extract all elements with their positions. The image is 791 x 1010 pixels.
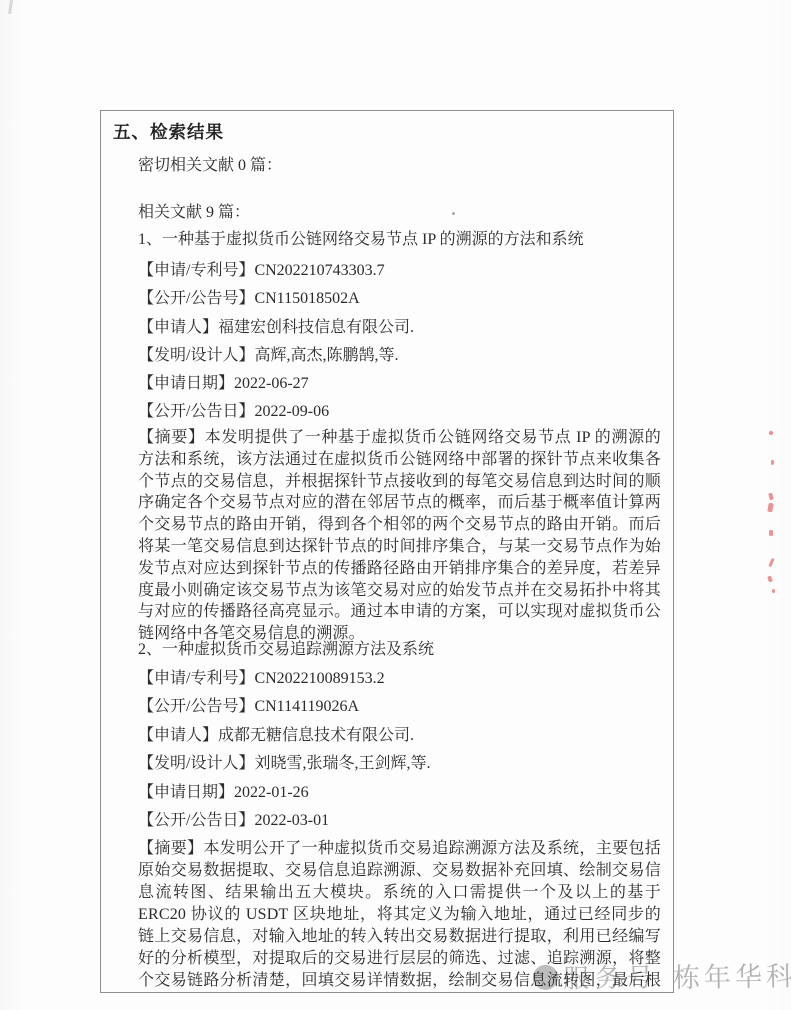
red-edge-mark [767, 503, 773, 513]
record-2-fields: 【申请/专利号】CN202210089153.2 【公开/公告号】CN11411… [138, 665, 430, 835]
record-1-inventors: 【发明/设计人】高辉,高杰,陈鹏鹄,等. [138, 342, 414, 370]
record-1-fields: 【申请/专利号】CN202210743303.7 【公开/公告号】CN11501… [138, 257, 414, 427]
red-edge-mark [768, 493, 774, 501]
record-2-inventors: 【发明/设计人】刘晓雪,张瑞冬,王剑辉,等. [138, 750, 430, 778]
related-count: 相关文献 9 篇： [138, 202, 250, 224]
red-edge-mark [768, 558, 775, 567]
record-2-application-number: 【申请/专利号】CN202210089153.2 [138, 665, 430, 693]
record-2-applicant: 【申请人】成都无糖信息技术有限公司. [138, 722, 430, 750]
record-1-application-number: 【申请/专利号】CN202210743303.7 [138, 257, 414, 285]
record-1-application-date: 【申请日期】2022-06-27 [138, 370, 414, 398]
record-2-publication-date: 【公开/公告日】2022-03-01 [138, 807, 430, 835]
record-1-publication-number: 【公开/公告号】CN115018502A [138, 285, 414, 313]
record-2-title: 2、一种虚拟货币交易追踪溯源方法及系统 [138, 639, 434, 661]
scanned-page: 服务号 栋年华科技 五、检索结果 密切相关文献 0 篇： 相关文献 9 篇： 1… [0, 0, 791, 1010]
closely-related-count: 密切相关文献 0 篇： [138, 155, 282, 177]
scan-speck [452, 212, 455, 215]
record-1-publication-date: 【公开/公告日】2022-09-06 [138, 398, 414, 426]
record-1-applicant: 【申请人】福建宏创科技信息有限公司. [138, 314, 414, 342]
record-1-abstract: 【摘要】本发明提供了一种基于虚拟货币公链网络交易节点 IP 的溯源的方法和系统，… [138, 427, 661, 645]
search-results-box: 五、检索结果 密切相关文献 0 篇： 相关文献 9 篇： 1、一种基于虚拟货币公… [100, 110, 674, 993]
red-edge-mark [769, 530, 773, 536]
red-edge-mark [768, 430, 773, 435]
record-2-abstract: 【摘要】本发明公开了一种虚拟货币交易追踪溯源方法及系统，主要包括原始交易数据提取… [138, 838, 661, 993]
scan-edge-artifact [8, 0, 12, 14]
record-2-application-date: 【申请日期】2022-01-26 [138, 779, 430, 807]
record-1-title: 1、一种基于虚拟货币公链网络交易节点 IP 的溯源的方法和系统 [138, 229, 584, 251]
record-2-publication-number: 【公开/公告号】CN114119026A [138, 693, 430, 721]
red-edge-mark [772, 589, 775, 593]
red-edge-mark [767, 575, 773, 582]
section-title: 五、检索结果 [113, 122, 224, 142]
watermark-company-name: 栋年华科技 [673, 954, 791, 995]
red-edge-mark [771, 460, 774, 465]
